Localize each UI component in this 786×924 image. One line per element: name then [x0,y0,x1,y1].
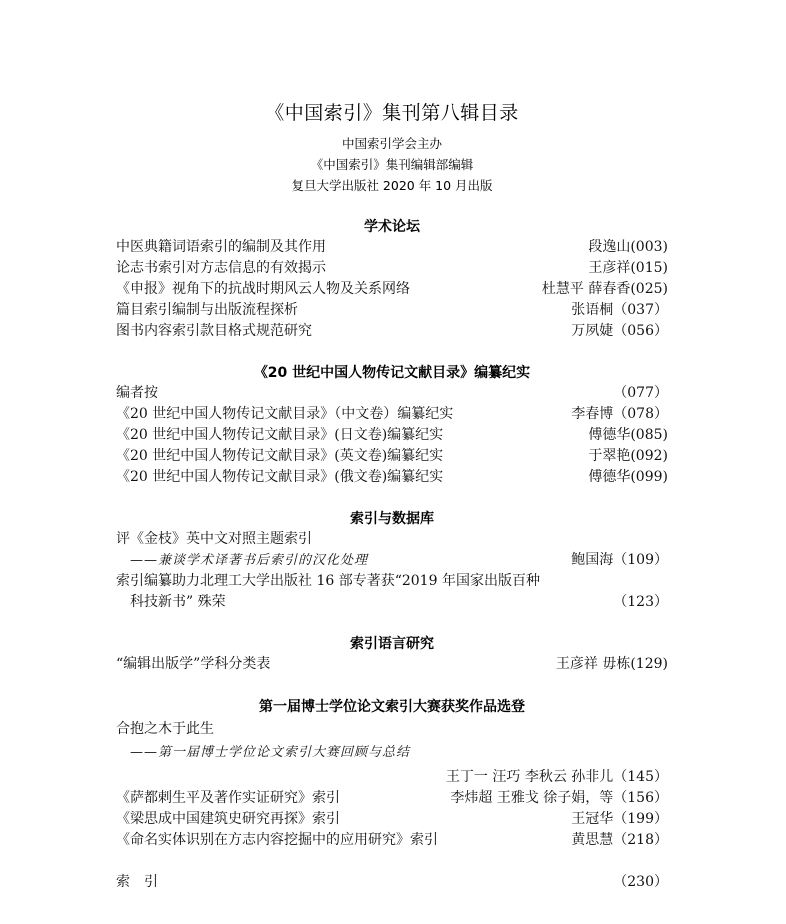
entry-author-page: 傅德华(099) [588,467,668,488]
entry-subtitle: ——兼谈学术译著书后索引的汉化处理 [130,550,368,571]
toc-entry-authors[interactable]: 王丁一 汪巧 李秋云 孙非儿（145） [116,767,668,788]
toc-entry-subtitle[interactable]: ——兼谈学术译著书后索引的汉化处理 鲍国海（109） [116,550,668,571]
entry-subtitle: ——第一届博士学位论文索引大赛回顾与总结 [130,742,410,763]
toc-entry[interactable]: 《20 世纪中国人物传记文献目录》(俄文卷)编纂纪实 傅德华(099) [116,467,668,488]
toc-entry[interactable]: 论志书索引对方志信息的有效揭示 王彦祥(015) [116,258,668,279]
entry-title-continuation: 科技新书” 殊荣 [130,592,226,613]
entry-author-page: 张语桐（037） [571,300,668,321]
entry-author-page: 王冠华（199） [571,809,668,830]
entry-title: 篇目索引编制与出版流程探析 [116,300,298,321]
entry-title: 评《金枝》英中文对照主题索引 [116,529,312,550]
entry-author-page: 王彦祥(015) [588,258,668,279]
entry-author-page: （123） [613,592,668,613]
toc-entry-subtitle[interactable]: ——第一届博士学位论文索引大赛回顾与总结 [116,742,668,763]
toc-entry-continuation[interactable]: 科技新书” 殊荣 （123） [116,592,668,613]
toc-entry[interactable]: 《20 世纪中国人物传记文献目录》(日文卷)编纂纪实 傅德华(085) [116,425,668,446]
toc-entry[interactable]: 中医典籍词语索引的编制及其作用 段逸山(003) [116,237,668,258]
toc-entry[interactable]: 篇目索引编制与出版流程探析 张语桐（037） [116,300,668,321]
entry-title: 《20 世纪中国人物传记文献目录》(俄文卷)编纂纪实 [116,467,443,488]
entry-author-page: 傅德华(085) [588,425,668,446]
entry-title: 编者按 [116,383,158,404]
entry-title: “编辑出版学”学科分类表 [116,654,270,675]
toc-entry[interactable]: 《20 世纪中国人物传记文献目录》(英文卷)编纂纪实 于翠艳(092) [116,446,668,467]
toc-entry[interactable]: 编者按 （077） [116,383,668,404]
entry-author-page: 李春博（078） [571,404,668,425]
entry-title: 《20 世纪中国人物传记文献目录》(英文卷)编纂纪实 [116,446,443,467]
entry-author-page: （077） [613,383,668,404]
toc-entry[interactable]: 《命名实体识别在方志内容挖掘中的应用研究》索引 黄思慧（218） [116,830,668,851]
section-heading: 《20 世纪中国人物传记文献目录》编纂纪实 [116,363,668,383]
toc-entry[interactable]: 图书内容索引款目格式规范研究 万夙婕（056） [116,321,668,342]
entry-title: 《命名实体识别在方志内容挖掘中的应用研究》索引 [116,830,438,851]
toc-entry[interactable]: 索引编纂助力北理工大学出版社 16 部专著获“2019 年国家出版百种 [116,571,668,592]
entry-author-page: 王丁一 汪巧 李秋云 孙非儿（145） [446,767,668,788]
toc-entry[interactable]: 《20 世纪中国人物传记文献目录》（中文卷）编纂纪实 李春博（078） [116,404,668,425]
editor-line: 《中国索引》集刊编辑部编辑 [116,156,668,174]
toc-entry[interactable]: 评《金枝》英中文对照主题索引 [116,529,668,550]
entry-title: 《申报》视角下的抗战时期风云人物及关系网络 [116,279,410,300]
entry-author-page: 段逸山(003) [588,237,668,258]
entry-title: 索引编纂助力北理工大学出版社 16 部专著获“2019 年国家出版百种 [116,571,540,592]
toc-entry[interactable]: 合抱之木于此生 [116,719,668,740]
entry-author-page: 李炜超 王雅戈 徐子娟，等（156） [450,788,668,809]
entry-title: 索 引 [116,872,158,893]
section-heading: 第一届博士学位论文索引大赛获奖作品选登 [116,697,668,717]
toc-entry[interactable]: 《申报》视角下的抗战时期风云人物及关系网络 杜慧平 薛春香(025) [116,279,668,300]
entry-title: 论志书索引对方志信息的有效揭示 [116,258,326,279]
entry-title: 中医典籍词语索引的编制及其作用 [116,237,326,258]
entry-title: 《20 世纪中国人物传记文献目录》(日文卷)编纂纪实 [116,425,443,446]
toc-entry[interactable]: “编辑出版学”学科分类表 王彦祥 毋栋(129) [116,654,668,675]
entry-author-page: 鲍国海（109） [571,550,668,571]
toc-entry[interactable]: 《萨都剌生平及著作实证研究》索引 李炜超 王雅戈 徐子娟，等（156） [116,788,668,809]
entry-title: 《梁思成中国建筑史研究再探》索引 [116,809,340,830]
entry-author-page: 黄思慧（218） [571,830,668,851]
entry-author-page: 王彦祥 毋栋(129) [556,654,668,675]
toc-entry-index[interactable]: 索 引 （230） [116,872,668,893]
sponsor-line: 中国索引学会主办 [116,135,668,153]
entry-author-page: 于翠艳(092) [588,446,668,467]
entry-title: 《20 世纪中国人物传记文献目录》（中文卷）编纂纪实 [116,404,453,425]
entry-author-page: （230） [613,872,668,893]
entry-author-page: 万夙婕（056） [571,321,668,342]
toc-entry[interactable]: 《梁思成中国建筑史研究再探》索引 王冠华（199） [116,809,668,830]
section-heading: 索引语言研究 [116,634,668,654]
entry-title: 合抱之木于此生 [116,719,214,740]
publisher-line: 复旦大学出版社 2020 年 10 月出版 [116,177,668,195]
section-heading: 索引与数据库 [116,509,668,529]
entry-author-page: 杜慧平 薛春香(025) [542,279,668,300]
entry-title: 《萨都剌生平及著作实证研究》索引 [116,788,340,809]
entry-title: 图书内容索引款目格式规范研究 [116,321,312,342]
page-title: 《中国索引》集刊第八辑目录 [116,100,668,126]
section-heading: 学术论坛 [116,217,668,237]
